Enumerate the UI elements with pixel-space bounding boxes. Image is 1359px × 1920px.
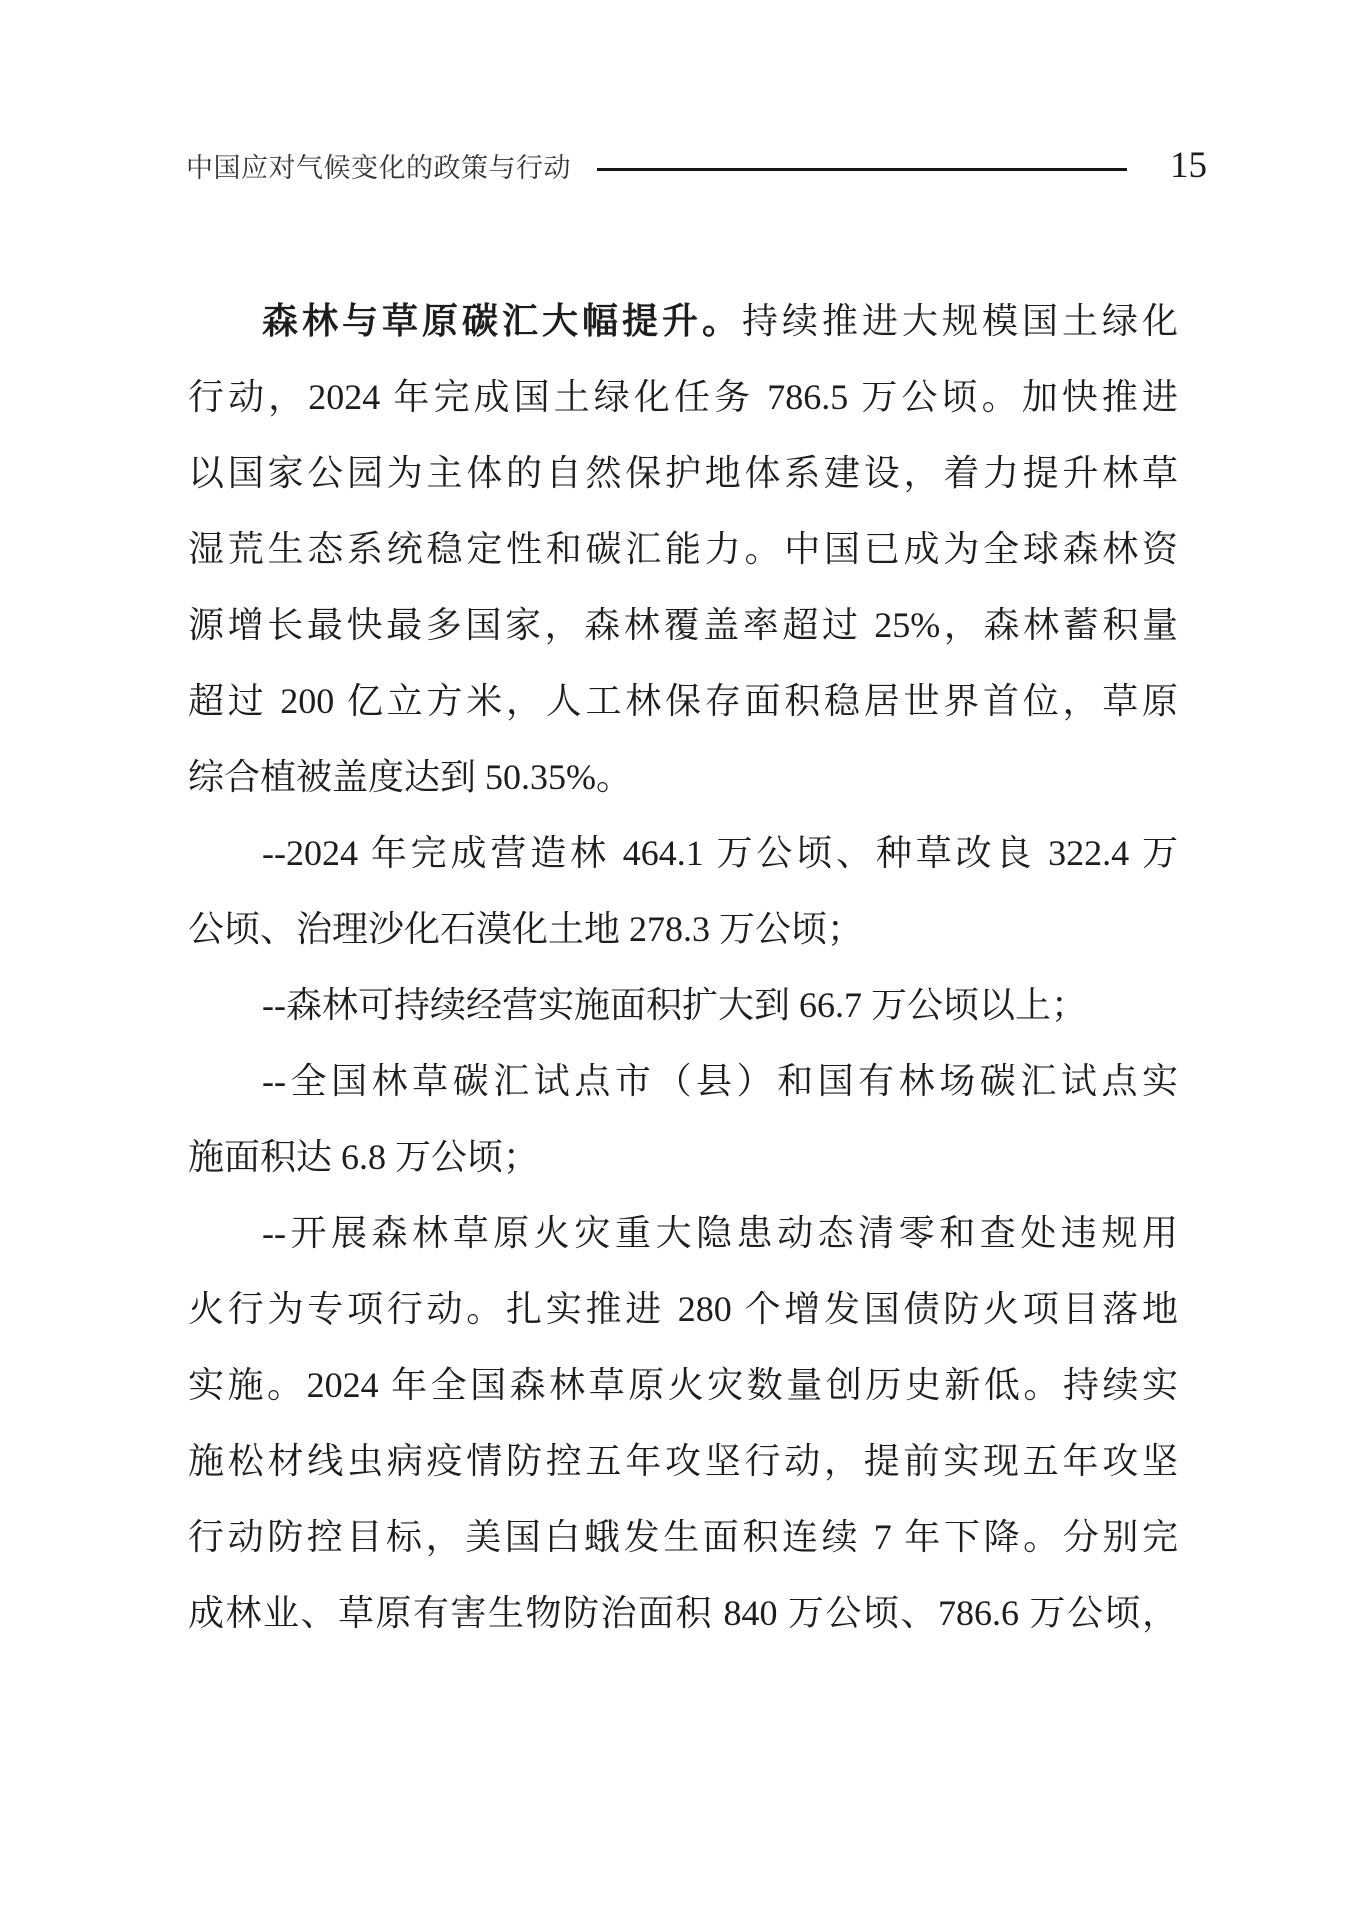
text-line: 综合植被盖度达到 50.35%。	[188, 739, 1178, 815]
text-line: 湿荒生态系统稳定性和碳汇能力。中国已成为全球森林资	[188, 511, 1178, 587]
text-line: 森林与草原碳汇大幅提升。持续推进大规模国土绿化	[188, 283, 1178, 359]
text-line: 施松材线虫病疫情防控五年攻坚行动，提前实现五年攻坚	[188, 1423, 1178, 1499]
page-number: 15	[1170, 144, 1207, 187]
text-line: --2024 年完成营造林 464.1 万公顷、种草改良 322.4 万	[188, 815, 1178, 891]
text-line: 以国家公园为主体的自然保护地体系建设，着力提升林草	[188, 435, 1178, 511]
text-line: 公顷、治理沙化石漠化土地 278.3 万公顷；	[188, 891, 1178, 967]
header-rule	[597, 168, 1127, 171]
text-line: 源增长最快最多国家，森林覆盖率超过 25%，森林蓄积量	[188, 587, 1178, 663]
text-line: 超过 200 亿立方米，人工林保存面积稳居世界首位，草原	[188, 663, 1178, 739]
text-line: 火行为专项行动。扎实推进 280 个增发国债防火项目落地	[188, 1271, 1178, 1347]
paragraph-lead-bold: 森林与草原碳汇大幅提升。	[262, 301, 742, 341]
text-line: 施面积达 6.8 万公顷；	[188, 1119, 1178, 1195]
text-line: 行动，2024 年完成国土绿化任务 786.5 万公顷。加快推进	[188, 359, 1178, 435]
document-body: 森林与草原碳汇大幅提升。持续推进大规模国土绿化行动，2024 年完成国土绿化任务…	[188, 283, 1178, 1651]
line-text: 持续推进大规模国土绿化	[742, 301, 1178, 341]
text-line: 行动防控目标，美国白蛾发生面积连续 7 年下降。分别完	[188, 1499, 1178, 1575]
running-title: 中国应对气候变化的政策与行动	[186, 146, 571, 185]
text-line: --开展森林草原火灾重大隐患动态清零和查处违规用	[188, 1195, 1178, 1271]
text-line: --全国林草碳汇试点市（县）和国有林场碳汇试点实	[188, 1043, 1178, 1119]
document-page: 中国应对气候变化的政策与行动 15 森林与草原碳汇大幅提升。持续推进大规模国土绿…	[0, 0, 1359, 1920]
text-line: --森林可持续经营实施面积扩大到 66.7 万公顷以上；	[188, 967, 1178, 1043]
text-line: 成林业、草原有害生物防治面积 840 万公顷、786.6 万公顷，	[188, 1575, 1178, 1651]
text-line: 实施。2024 年全国森林草原火灾数量创历史新低。持续实	[188, 1347, 1178, 1423]
